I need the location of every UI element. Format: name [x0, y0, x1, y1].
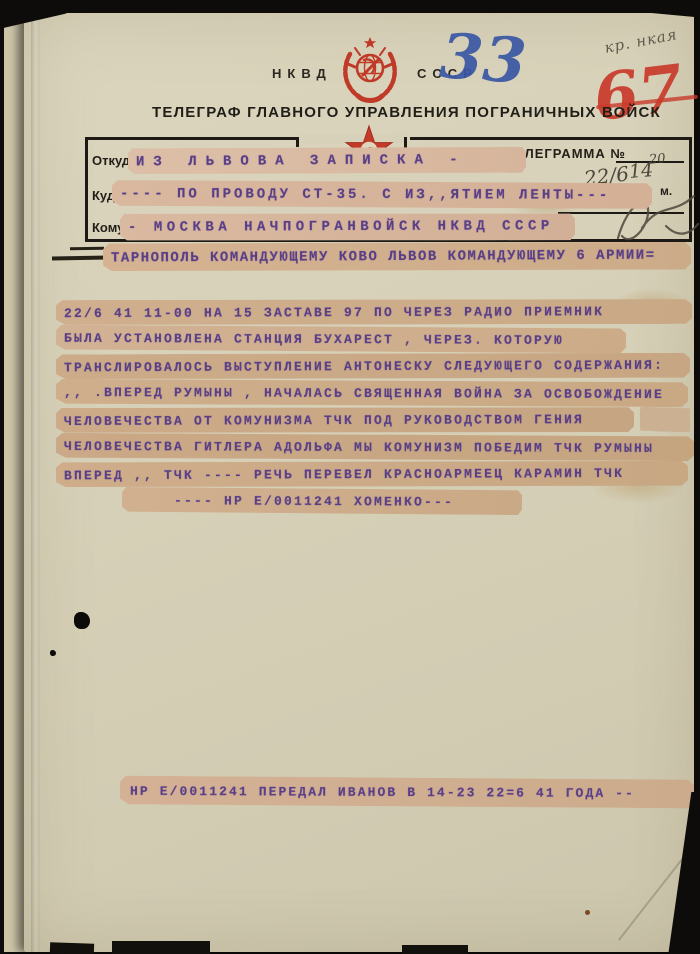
whom-label: Кому — [92, 220, 124, 235]
body-strip: БЫЛА УСТАНОВЛЕНА СТАНЦИЯ БУХАРЕСТ , ЧЕРЕ… — [56, 325, 626, 353]
photo-edge-bottom — [112, 941, 210, 954]
from-value: ИЗ ЛЬВОВА ЗАПИСКА - — [128, 152, 467, 170]
whom-value-strip: - МОСКВА НАЧПОГРАНВОЙСК НКВД СССР — [120, 212, 575, 242]
body-line: ЧЕЛОВЕЧЕСТВА ГИТЛЕРА АДОЛЬФА МЫ КОМУНИЗМ… — [56, 438, 654, 455]
photo-edge-bottom — [50, 942, 94, 954]
body-strip: ---- НР Е/0011241 ХОМЕНКО--- — [122, 487, 522, 515]
body-line: ТРАНСЛИРОВАЛОСЬ ВЫСТУПЛЕНИЕ АНТОНЕСКУ СЛ… — [56, 357, 664, 375]
photo-edge-bottom — [402, 945, 468, 954]
body-strip: ,, .ВПЕРЕД РУМЫНЫ , НАЧАЛАСЬ СВЯЩЕННАЯ В… — [56, 379, 688, 407]
to-value: ---- ПО ПРОВОДУ СТ-35. С ИЗ,,ЯТИЕМ ЛЕНТЫ… — [112, 186, 610, 204]
handwritten-time-minutes: 20 — [648, 151, 666, 167]
pen-dash — [70, 247, 104, 251]
body-line: ВПЕРЕД ,, ТЧК ---- РЕЧЬ ПЕРЕВЕЛ КРАСНОАР… — [56, 465, 624, 482]
body-strip: ТРАНСЛИРОВАЛОСЬ ВЫСТУПЛЕНИЕ АНТОНЕСКУ СЛ… — [56, 352, 690, 381]
left-fold-crease — [31, 12, 40, 952]
agency-left-label: НКВД — [272, 66, 332, 81]
handwritten-blue-number: 33 — [438, 19, 529, 98]
ink-dot — [585, 910, 590, 915]
from-value-strip: ИЗ ЛЬВОВА ЗАПИСКА - — [128, 146, 526, 176]
body-line: БЫЛА УСТАНОВЛЕНА СТАНЦИЯ БУХАРЕСТ , ЧЕРЕ… — [56, 330, 564, 347]
body-line: ЧЕЛОВЕЧЕСТВА ОТ КОМУНИЗМА ТЧК ПОД РУКОВО… — [56, 412, 584, 429]
photo-edge-top — [0, 0, 700, 13]
body-line: 22/6 41 11-00 НА 15 ЗАСТАВЕ 97 ПО ЧЕРЕЗ … — [56, 304, 604, 321]
ussr-emblem-icon — [336, 30, 404, 106]
body-line: ---- НР Е/0011241 ХОМЕНКО--- — [122, 492, 454, 509]
body-strip: 22/6 41 11-00 НА 15 ЗАСТАВЕ 97 ПО ЧЕРЕЗ … — [56, 298, 692, 326]
handwritten-red-number: 67 — [590, 51, 688, 136]
body-strip: ЧЕЛОВЕЧЕСТВА ОТ КОМУНИЗМА ТЧК ПОД РУКОВО… — [56, 406, 634, 434]
footer-line: НР Е/0011241 ПЕРЕДАЛ ИВАНОВ В 14-23 22=6… — [120, 783, 635, 800]
footer-strip: НР Е/0011241 ПЕРЕДАЛ ИВАНОВ В 14-23 22=6… — [120, 776, 694, 809]
scanned-telegram-page: НКВД СССР 33 кр. нкая 67 ТЕЛЕГРАФ ГЛАВНО… — [0, 0, 700, 954]
body-line: ,, .ВПЕРЕД РУМЫНЫ , НАЧАЛАСЬ СВЯЩЕННАЯ В… — [56, 384, 664, 401]
paper-speck — [50, 650, 56, 656]
body-strip: ЧЕЛОВЕЧЕСТВА ГИТЛЕРА АДОЛЬФА МЫ КОМУНИЗМ… — [56, 433, 694, 461]
to-value-strip: ---- ПО ПРОВОДУ СТ-35. С ИЗ,,ЯТИЕМ ЛЕНТЫ… — [112, 180, 652, 209]
blank-tape-piece — [640, 407, 690, 432]
page-title: ТЕЛЕГРАФ ГЛАВНОГО УПРАВЛЕНИЯ ПОГРАНИЧНЫХ… — [152, 104, 661, 121]
address-line: ТАРНОПОЛЬ КОМАНДУЮЩЕМУ КОВО ЛЬВОВ КОМАНД… — [103, 247, 656, 266]
form-box-notch — [296, 137, 299, 147]
whom-value: - МОСКВА НАЧПОГРАНВОЙСК НКВД СССР — [120, 218, 554, 236]
body-strip: ВПЕРЕД ,, ТЧК ---- РЕЧЬ ПЕРЕВЕЛ КРАСНОАР… — [56, 460, 688, 489]
address-strip: ТАРНОПОЛЬ КОМАНДУЮЩЕМУ КОВО ЛЬВОВ КОМАНД… — [103, 240, 691, 272]
paper-hole — [74, 612, 90, 629]
